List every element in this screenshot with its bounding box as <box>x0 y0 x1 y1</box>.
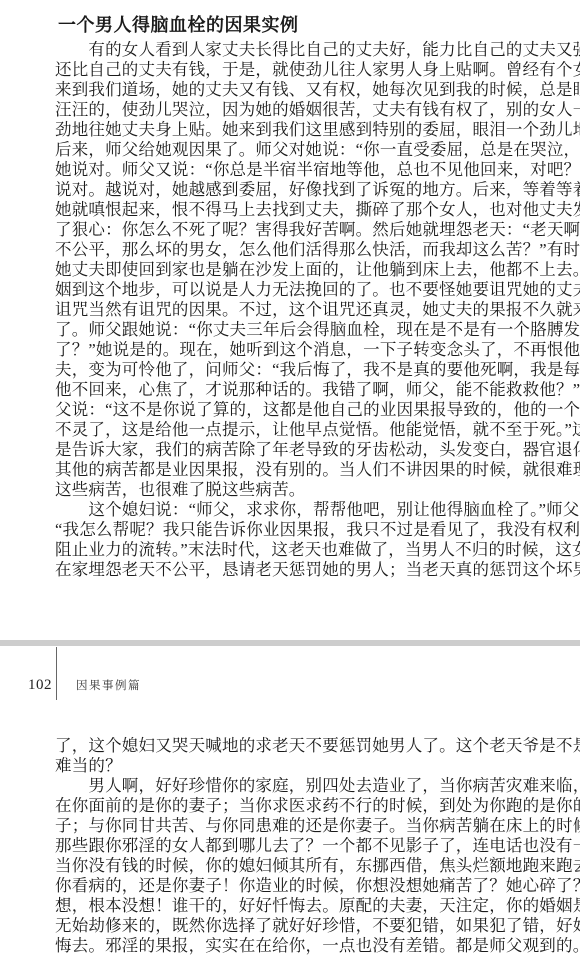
text-line: 了？”她说是的。现在，她听到这个消息，一下子转变念头了，不再恨他丈 <box>55 340 525 360</box>
text-line: 劲地往她丈夫身上贴。她来到我们这里感到特别的委屈，眼泪一个劲儿地流。 <box>55 120 525 140</box>
text-line: 诅咒当然有诅咒的因果。不过，这个诅咒还真灵，她丈夫的果报不久就来临 <box>55 300 525 320</box>
text-line: 男人啊，好好珍惜你的家庭，别四处去造业了，当你病苦灾难来临，站 <box>55 776 525 796</box>
text-line: 他不回来，心焦了，才说那种话的。我错了啊，师父，能不能救救他？”师 <box>55 380 525 400</box>
text-line: 你看病的，还是你妻子！你造业的时候，你想没想她痛苦了？她心碎了？没 <box>55 876 525 896</box>
text-line: 当你没有钱的时候，你的媳妇倾其所有，东挪西借，焦头烂额地跑来跑去帮 <box>55 856 525 876</box>
text-line: 这个媳妇说：“师父，求求你，帮帮他吧，别让他得脑血栓了。”师父说： <box>55 500 525 520</box>
text-line: 了。师父跟她说：“你丈夫三年后会得脑血栓，现在是不是有一个胳膊发麻 <box>55 320 525 340</box>
text-line: 她丈夫即使回到家也是躺在沙发上面的，让他躺到床上去，他都不上去。婚 <box>55 260 525 280</box>
text-line: 想，根本没想！谁干的，好好忏悔去。原配的夫妻，天注定，你的婚姻是你 <box>55 896 525 916</box>
text-line: 难当的？ <box>55 756 525 776</box>
text-line: 父说：“这不是你说了算的，这都是他自己的业因果报导致的，他的一个胳膊 <box>55 400 525 420</box>
text-line: 了狠心：你怎么不死了呢？害得我好苦啊。然后她就埋怨老天：“老天啊，你 <box>55 220 525 240</box>
page-2-body-text: 了，这个媳妇又哭天喊地的求老天不要惩罚她男人了。这个老天爷是不是够难当的？ 男人… <box>55 736 525 956</box>
header-divider-rule <box>56 647 57 700</box>
running-title: 因果事例篇 <box>76 680 141 693</box>
text-line: 她说对。师父又说：“你总是半宿半宿地等他，总也不见他回来，对吧？”她 <box>55 160 525 180</box>
text-line: 在你面前的是你的妻子；当你求医求药不行的时候，到处为你跑的是你的妻 <box>55 796 525 816</box>
text-line: 悔去。邪淫的果报，实实在在给你，一点也没有差错。都是师父观到的。 <box>55 936 525 956</box>
chapter-title: 一个男人得脑血栓的因果实例 <box>58 11 299 37</box>
text-line: 来到我们道场，她的丈夫又有钱、又有权，她每次见到我的时候，总是眼泪 <box>55 80 525 100</box>
text-line: 在家埋怨老天不公平，恳请老天惩罚她的男人；当老天真的惩罚这个坏男人 <box>55 560 525 580</box>
text-line: 姻到这个地步，可以说是人力无法挽回的了。也不要怪她要诅咒她的丈夫了。 <box>55 280 525 300</box>
text-line: 了，这个媳妇又哭天喊地的求老天不要惩罚她男人了。这个老天爷是不是够 <box>55 736 525 756</box>
book-reader-page: 一个男人得脑血栓的因果实例 有的女人看到人家丈夫长得比自己的丈夫好，能力比自己的… <box>0 0 580 959</box>
text-line: “我怎么帮呢？我只能告诉你业因果报，我只不过是看见了，我没有权利去 <box>55 520 525 540</box>
page-number: 102 <box>22 677 52 694</box>
page-separator-band <box>0 640 580 646</box>
text-line: 后来，师父给她观因果了。师父对她说：“你一直受委屈，总是在哭泣，是吧？” <box>55 140 525 160</box>
text-line: 是告诉大家，我们的病苦除了年老导致的牙齿松动，头发变白，器官退化， <box>55 440 525 460</box>
text-line: 那些跟你邪淫的女人都到哪儿去了？一个都不见影子了，连电话也没有一个。 <box>55 836 525 856</box>
text-line: 夫，变为可怜他了，问师父：“我后悔了，我不是真的要他死啊，我是每天等 <box>55 360 525 380</box>
text-line: 说对。越说对，她越感到委屈，好像找到了诉冤的地方。后来，等着等着， <box>55 180 525 200</box>
text-line: 还比自己的丈夫有钱，于是，就使劲儿往人家男人身上贴啊。曾经有个女人 <box>55 60 525 80</box>
text-line: 无始劫修来的，既然你选择了就好好珍惜，不要犯错，如果犯了错，好好忏 <box>55 916 525 936</box>
text-line: 汪汪的，使劲儿哭泣，因为她的婚姻很苦，丈夫有钱有权了，别的女人一个 <box>55 100 525 120</box>
text-line: 阻止业力的流转。”末法时代，这老天也难做了，当男人不归的时候，这女人 <box>55 540 525 560</box>
text-line: 其他的病苦都是业因果报，没有别的。当人们不讲因果的时候，就很难理解 <box>55 460 525 480</box>
text-line: 不灵了，这是给他一点提示，让他早点觉悟。他能觉悟，就不至于死。”这就 <box>55 420 525 440</box>
text-line: 子；与你同甘共苦、与你同患难的还是你妻子。当你病苦躺在床上的时候， <box>55 816 525 836</box>
text-line: 她就嗔恨起来，恨不得马上去找到丈夫，撕碎了那个女人，也对他丈夫发起 <box>55 200 525 220</box>
text-line: 不公平，那么坏的男女，怎么他们活得那么快活，而我却这么苦？”有时候， <box>55 240 525 260</box>
page-1-body-text: 有的女人看到人家丈夫长得比自己的丈夫好，能力比自己的丈夫又强，还比自己的丈夫有钱… <box>55 40 525 580</box>
text-line: 有的女人看到人家丈夫长得比自己的丈夫好，能力比自己的丈夫又强， <box>55 40 525 60</box>
text-line: 这些病苦，也很难了脱这些病苦。 <box>55 480 525 500</box>
